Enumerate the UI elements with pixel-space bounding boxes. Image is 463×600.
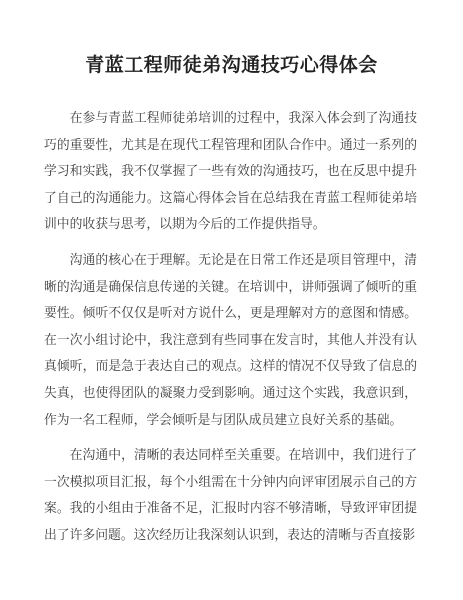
document-title: 青蓝工程师徒弟沟通技巧心得体会 (20, 53, 443, 79)
paragraph-expression: 在沟通中，清晰的表达同样至关重要。在培训中，我们进行了一次模拟项目汇报，每个小组… (44, 442, 417, 548)
paragraph-intro: 在参与青蓝工程师徒弟培训的过程中，我深入体会到了沟通技巧的重要性，尤其是在现代工… (44, 105, 417, 238)
document-body: 在参与青蓝工程师徒弟培训的过程中，我深入体会到了沟通技巧的重要性，尤其是在现代工… (0, 105, 463, 549)
document-page: 青蓝工程师徒弟沟通技巧心得体会 在参与青蓝工程师徒弟培训的过程中，我深入体会到了… (0, 0, 463, 600)
paragraph-listening: 沟通的核心在于理解。无论是在日常工作还是项目管理中，清晰的沟通是确保信息传递的关… (44, 247, 417, 433)
